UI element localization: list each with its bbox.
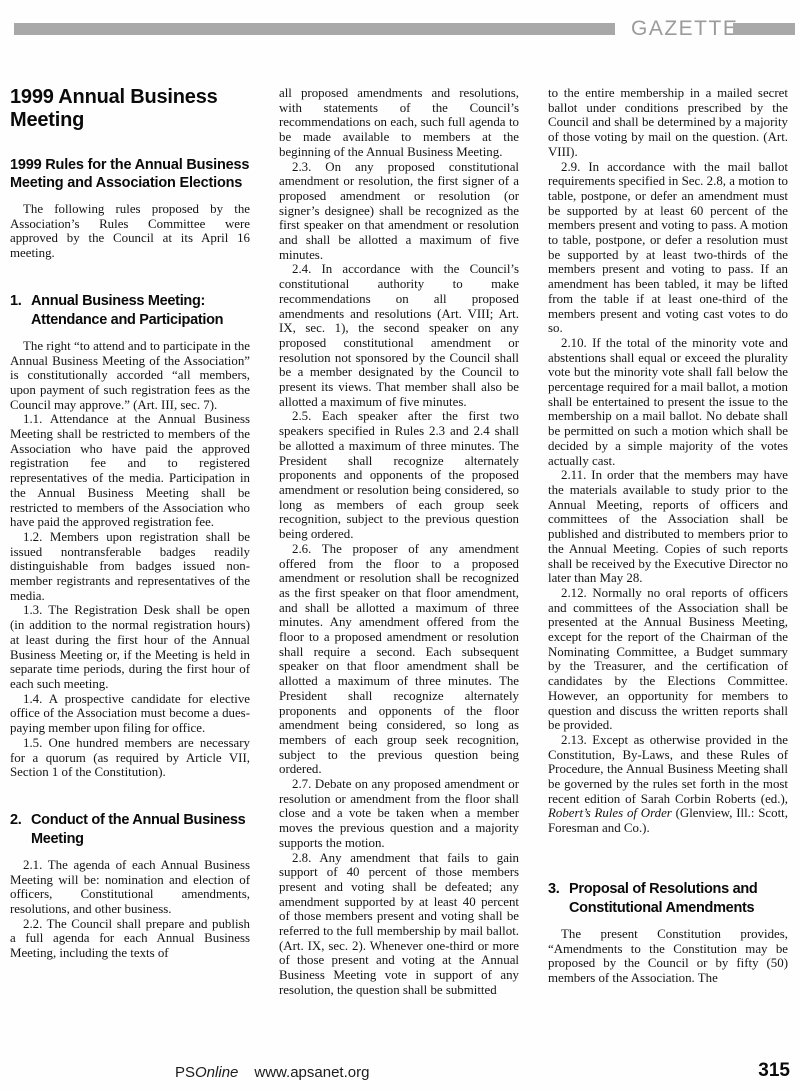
page-number: 315 <box>758 1060 790 1082</box>
column-1: 1999 Annual Business Meeting1999 Rules f… <box>10 86 250 998</box>
journal-url: www.apsanet.org <box>254 1064 369 1081</box>
paragraph: 2.5. Each speaker after the first two sp… <box>279 409 519 541</box>
text-segment: 2.13. Except as otherwise provided in th… <box>548 733 788 806</box>
paragraph: 2.13. Except as otherwise provided in th… <box>548 733 788 836</box>
column-2: all proposed amendments and resolutions,… <box>279 86 519 998</box>
section-heading: 3.Proposal of Resolutions and Constituti… <box>548 880 788 918</box>
journal-name-suffix: Online <box>195 1064 238 1081</box>
article-title: 1999 Annual Business Meeting <box>10 86 250 132</box>
paragraph: all proposed amendments and resolutions,… <box>279 86 519 160</box>
paragraph: 2.10. If the total of the minority vote … <box>548 336 788 468</box>
section-number: 3. <box>548 880 569 918</box>
header-rule-left <box>14 23 615 35</box>
paragraph: 1.5. One hundred members are necessary f… <box>10 736 250 780</box>
paragraph: 2.4. In accordance with the Council’s co… <box>279 262 519 409</box>
gazette-page: GAZETTE 1999 Annual Business Meeting1999… <box>0 0 800 1090</box>
section-title: Proposal of Resolutions and Constitution… <box>569 880 788 918</box>
section-number: 1. <box>10 292 31 330</box>
paragraph: The present Constitution provides, “Amen… <box>548 927 788 986</box>
paragraph: 1.4. A prospective candidate for electiv… <box>10 692 250 736</box>
paragraph: 1.2. Members upon registration shall be … <box>10 530 250 604</box>
section-heading: 2.Conduct of the Annual Business Meeting <box>10 811 250 849</box>
paragraph: 2.8. Any amendment that fails to gain su… <box>279 851 519 998</box>
section-title: Annual Business Meeting: Attendance and … <box>31 292 250 330</box>
section-number: 2. <box>10 811 31 849</box>
masthead-title: GAZETTE <box>631 17 738 41</box>
paragraph: 2.2. The Council shall prepare and publi… <box>10 917 250 961</box>
journal-name: PS <box>175 1064 195 1081</box>
paragraph: 2.11. In order that the members may have… <box>548 468 788 586</box>
paragraph: 2.12. Normally no oral reports of office… <box>548 586 788 733</box>
footer-journal-line: PSOnlinewww.apsanet.org <box>175 1064 369 1081</box>
section-heading: 1.Annual Business Meeting: Attendance an… <box>10 292 250 330</box>
paragraph: The right “to attend and to participate … <box>10 339 250 413</box>
paragraph: 1.1. Attendance at the Annual Business M… <box>10 412 250 530</box>
paragraph: 2.3. On any proposed constitutional amen… <box>279 160 519 263</box>
paragraph: 2.6. The proposer of any amendment offer… <box>279 542 519 777</box>
paragraph: to the entire membership in a mailed sec… <box>548 86 788 160</box>
paragraph: 2.7. Debate on any proposed amendment or… <box>279 777 519 851</box>
section-title: Conduct of the Annual Business Meeting <box>31 811 250 849</box>
column-3: to the entire membership in a mailed sec… <box>548 86 788 998</box>
header-rule-right <box>733 23 795 35</box>
paragraph: 2.9. In accordance with the mail ballot … <box>548 160 788 336</box>
paragraph: 2.1. The agenda of each Annual Business … <box>10 858 250 917</box>
italic-text: Robert’s Rules of Order <box>548 806 672 820</box>
article-columns: 1999 Annual Business Meeting1999 Rules f… <box>10 86 788 998</box>
sub-heading: 1999 Rules for the Annual Business Meeti… <box>10 156 250 192</box>
paragraph: 1.3. The Registration Desk shall be open… <box>10 603 250 691</box>
paragraph: The following rules proposed by the Asso… <box>10 202 250 261</box>
